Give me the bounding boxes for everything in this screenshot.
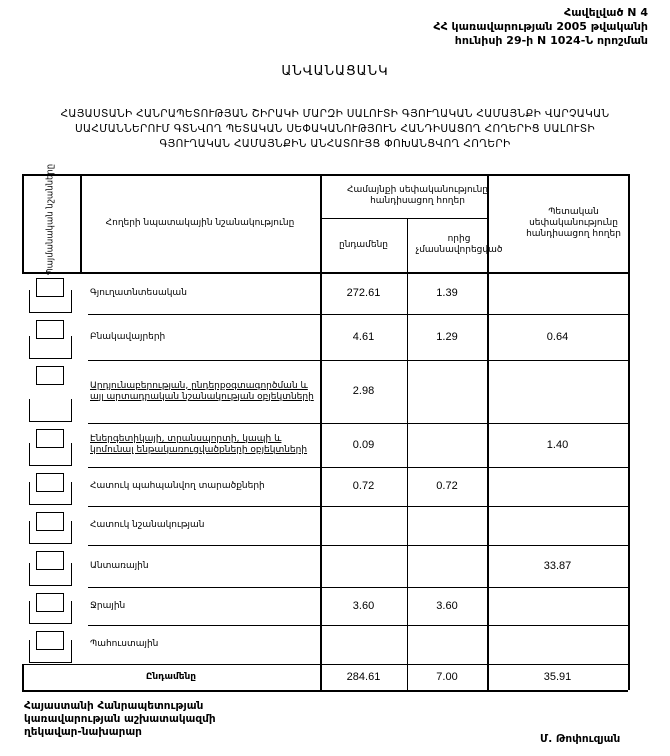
row-community-total (320, 545, 407, 587)
legend-symbol-bracket (29, 563, 72, 586)
legend-symbol-box (36, 366, 64, 385)
legend-symbol-bracket (29, 399, 72, 422)
legend-symbol-bracket (29, 290, 72, 313)
appendix-line-1: Հավելված N 4 (388, 6, 648, 20)
totals-state: 35.91 (487, 664, 628, 690)
grid-line (22, 174, 24, 272)
row-community-total: 272.61 (320, 272, 407, 314)
legend-symbol-bracket (29, 443, 72, 466)
row-community-unprivatized (407, 360, 487, 423)
legend-symbol-bracket (29, 336, 72, 359)
position-line-1: Հայաստանի Հանրապետության (24, 700, 216, 713)
subtitle-line-2: ՍԱՀՄԱՆՆԵՐՈՒՄ ԳՏՆՎՈՂ ՊԵՏԱԿԱՆ ՍԵՓԱԿԱՆՈՒԹՅՈ… (20, 122, 650, 137)
document-title: ԱՆՎԱՆԱՑԱՆԿ (0, 64, 670, 79)
row-community-unprivatized (407, 423, 487, 467)
row-label: Պահուստային (90, 625, 316, 664)
row-label: Գյուղատնտեսական (90, 272, 316, 314)
document-subtitle: ՀԱՅԱՍՏԱՆԻ ՀԱՆՐԱՊԵՏՈՒԹՅԱՆ ՇԻՐԱԿԻ ՄԱՐԶԻ ՍԱ… (20, 107, 650, 152)
position-line-2: կառավարության աշխատակազմի (24, 713, 216, 726)
row-state (487, 587, 628, 625)
header-symbols: Պայմանական նշանները (46, 161, 57, 279)
signatory-position: Հայաստանի Հանրապետության կառավարության ա… (24, 700, 216, 739)
row-community-total: 0.09 (320, 423, 407, 467)
row-label: Անտառային (90, 545, 316, 587)
totals-community-unprivatized: 7.00 (407, 664, 487, 690)
row-label: Բնակավայրերի (90, 314, 316, 360)
legend-symbol-bracket (29, 521, 72, 544)
row-community-unprivatized (407, 625, 487, 664)
subtitle-line-1: ՀԱՅԱՍՏԱՆԻ ՀԱՆՐԱՊԵՏՈՒԹՅԱՆ ՇԻՐԱԿԻ ՄԱՐԶԻ ՍԱ… (20, 107, 650, 122)
row-state: 1.40 (487, 423, 628, 467)
row-label: Ջրային (90, 587, 316, 625)
header-community: Համայնքի սեփականությունը հանդիսացող հողե… (320, 174, 515, 218)
row-community-unprivatized (407, 506, 487, 545)
appendix-line-3: հունիսի 29-ի N 1024-Ն որոշման (388, 34, 648, 48)
signatory-name: Մ. Թոփուզյան (540, 733, 620, 745)
appendix-line-2: ՀՀ կառավարության 2005 թվականի (388, 20, 648, 34)
appendix-reference: Հավելված N 4 ՀՀ կառավարության 2005 թվակա… (388, 6, 648, 48)
legend-symbol-bracket (29, 601, 72, 624)
row-community-unprivatized: 1.29 (407, 314, 487, 360)
row-community-unprivatized: 3.60 (407, 587, 487, 625)
header-state: Պետական սեփականությունը հանդիսացող հողեր (487, 174, 660, 272)
row-community-total (320, 506, 407, 545)
row-community-unprivatized: 0.72 (407, 467, 487, 506)
row-community-total: 4.61 (320, 314, 407, 360)
legend-symbol-bracket (29, 640, 72, 663)
row-label: Էներգետիկայի, տրանսպորտի, կապի և կոմունա… (90, 423, 316, 467)
totals-community-total: 284.61 (320, 664, 407, 690)
row-label: Արդյունաբերության, ընդերքօգտագործման և ա… (90, 360, 316, 423)
header-community-total: ընդամենը (320, 218, 407, 272)
legend-symbol-bracket (29, 482, 72, 505)
row-label: Հատուկ նշանակության (90, 506, 316, 545)
row-community-total: 3.60 (320, 587, 407, 625)
row-state (487, 467, 628, 506)
row-community-total: 2.98 (320, 360, 407, 423)
row-state (487, 360, 628, 423)
row-state: 0.64 (487, 314, 628, 360)
row-state (487, 625, 628, 664)
position-line-3: ղեկավար-նախարար (24, 726, 216, 739)
row-community-unprivatized (407, 545, 487, 587)
row-state: 33.87 (487, 545, 628, 587)
row-state (487, 272, 628, 314)
subtitle-line-3: ԳՅՈՒՂԱԿԱՆ ՀԱՄԱՅՆՔԻՆ ԱՆՀԱՏՈՒՅՑ ՓՈԽԱՆՑՎՈՂ … (20, 137, 650, 152)
row-community-total (320, 625, 407, 664)
row-label: Հատուկ պահպանվող տարածքների (90, 467, 316, 506)
row-community-total: 0.72 (320, 467, 407, 506)
row-state (487, 506, 628, 545)
grid-line (22, 690, 628, 692)
row-community-unprivatized: 1.39 (407, 272, 487, 314)
totals-label: Ընդամենը (22, 664, 320, 690)
header-purpose: Հողերի նպատակային նշանակությունը (80, 174, 320, 272)
